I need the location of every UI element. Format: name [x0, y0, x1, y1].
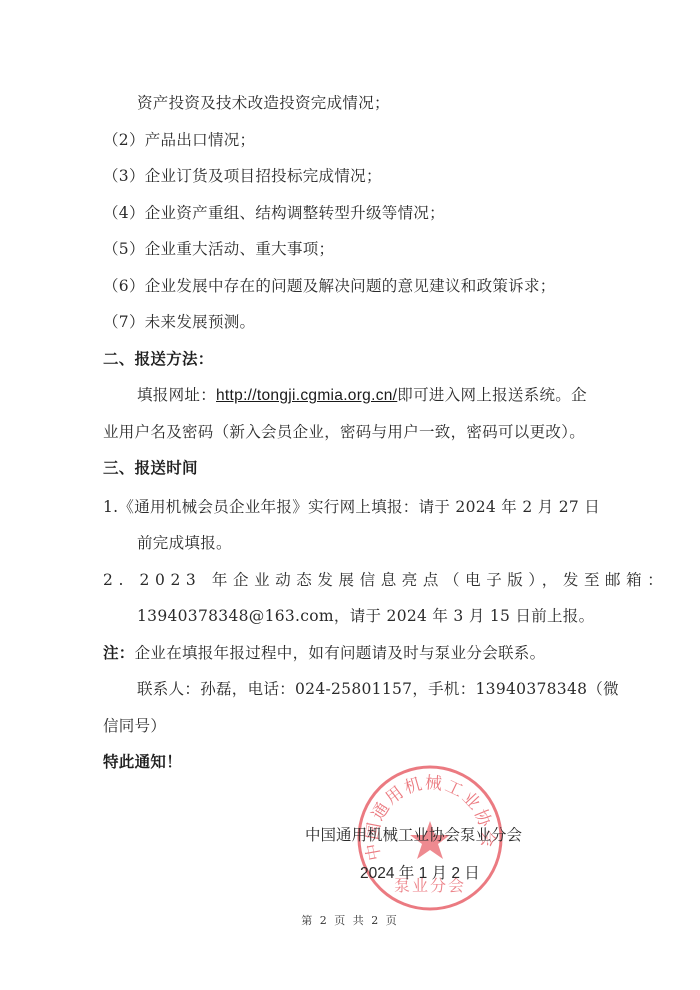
deadline-item-2-cont: 13940378348@163.com，请于 2024 年 3 月 15 日前上…	[137, 606, 594, 626]
email-address: 13940378348@163.com，请于 2024 年 3 月 15 日前上…	[137, 607, 594, 625]
document-page: 资产投资及技术改造投资完成情况； （2）产品出口情况； （3）企业订货及项目招投…	[0, 0, 700, 990]
contact-line: 联系人：孙磊，电话：024-25801157，手机：13940378348（微	[137, 679, 619, 699]
deadline-item-1-cont: 前完成填报。	[137, 533, 232, 553]
contact-line-cont: 信同号）	[103, 716, 166, 736]
list-item-2: （2）产品出口情况；	[103, 130, 255, 150]
page-number-footer: 第 2 页 共 2 页	[0, 912, 700, 928]
note-label: 注：	[103, 643, 135, 662]
deadline-item-2: 2. 2023 年企业动态发展信息亮点（电子版），发至邮箱：	[103, 570, 668, 590]
credentials-line: 业用户名及密码（新入会员企业，密码与用户一致，密码可以更改）。	[103, 422, 585, 442]
note-text: 企业在填报年报过程中，如有问题请及时与泵业分会联系。	[135, 644, 546, 662]
signature-date: 2024 年 1 月 2 日	[360, 861, 480, 883]
closing-statement: 特此通知！	[103, 752, 182, 772]
list-item-4: （4）企业资产重组、结构调整转型升级等情况；	[103, 203, 445, 223]
url-label: 填报网址：	[137, 386, 216, 404]
url-line: 填报网址：http://tongji.cgmia.org.cn/即可进入网上报送…	[137, 385, 587, 406]
url-suffix: 即可进入网上报送系统。企	[397, 386, 587, 404]
signature-organization: 中国通用机械工业协会泵业分会	[305, 823, 522, 845]
report-url-link[interactable]: http://tongji.cgmia.org.cn/	[216, 387, 397, 404]
list-item-6: （6）企业发展中存在的问题及解决问题的意见建议和政策诉求；	[103, 276, 556, 296]
section-heading-time: 三、报送时间	[103, 458, 198, 478]
section-heading-method: 二、报送方法：	[103, 349, 214, 369]
list-item-3: （3）企业订货及项目招投标完成情况；	[103, 166, 382, 186]
list-item-7: （7）未来发展预测。	[103, 312, 255, 332]
list-continuation: 资产投资及技术改造投资完成情况；	[137, 93, 390, 113]
deadline-item-1: 1.《通用机械会员企业年报》实行网上填报：请于 2024 年 2 月 27 日	[103, 497, 600, 517]
list-item-5: （5）企业重大活动、重大事项；	[103, 239, 334, 259]
note-line: 注：企业在填报年报过程中，如有问题请及时与泵业分会联系。	[103, 643, 545, 663]
